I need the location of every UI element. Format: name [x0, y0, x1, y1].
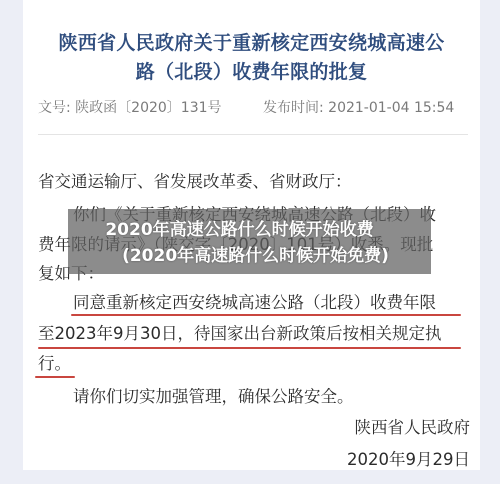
- caption-overlay: 2020年高速公路什么时候开始收费 (2020年高速路什么时候开始免费): [68, 209, 431, 274]
- issuer-signature: 陕西省人民政府: [355, 414, 471, 438]
- document-title-line1: 陕西省人民政府关于重新核定西安绕城高速公: [23, 28, 480, 55]
- caption-line-2: (2020年高速路什么时候开始免费): [74, 241, 437, 266]
- caption-line-1: 2020年高速公路什么时候开始收费: [58, 215, 421, 240]
- closing-line: 请你们切实加强管理，确保公路安全。: [73, 383, 354, 407]
- header-divider: [38, 134, 468, 135]
- signature-date: 2020年9月29日: [347, 446, 470, 470]
- red-underline: [71, 314, 461, 316]
- red-underline: [35, 376, 75, 378]
- red-underline: [38, 347, 461, 349]
- highlighted-paragraph-line: 同意重新核定西安绕城高速公路（北段）收费年限: [73, 289, 436, 313]
- recipients-line: 省交通运输厅、省发展改革委、省财政厅：: [38, 168, 352, 192]
- highlighted-paragraph-line: 至2023年9月30日，待国家出台新政策后按相关规定执: [38, 320, 442, 344]
- publish-time: 发布时间: 2021-01-04 15:54: [263, 97, 454, 117]
- document-title-line2: 路（北段）收费年限的批复: [23, 57, 480, 84]
- document-number: 文号: 陕政函〔2020〕131号: [38, 97, 222, 117]
- highlighted-paragraph-line: 行。: [38, 350, 71, 374]
